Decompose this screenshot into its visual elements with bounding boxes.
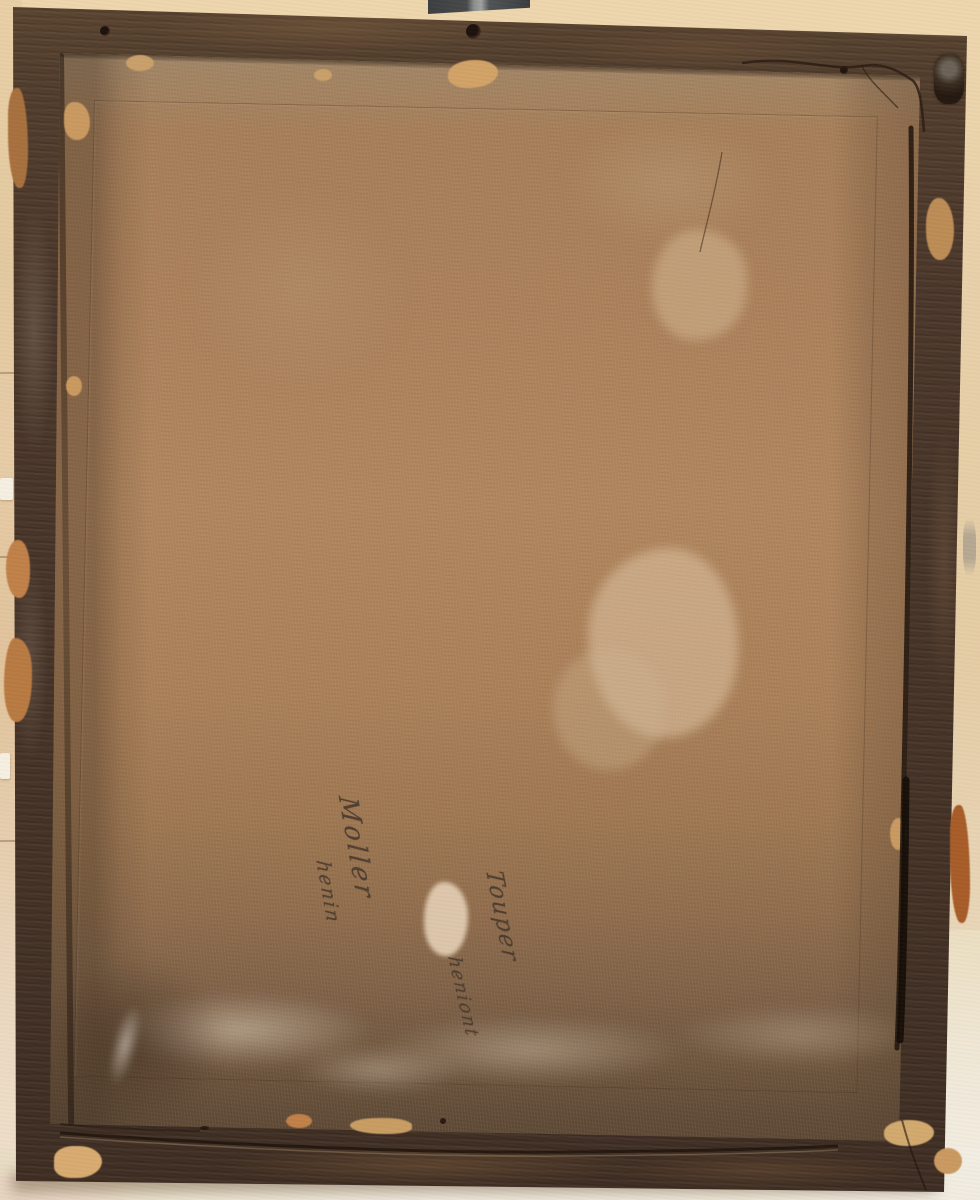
tear-branch-crack bbox=[862, 66, 898, 108]
top-right-tear-crack bbox=[742, 61, 924, 132]
crack-lines bbox=[0, 0, 980, 1200]
bottom-crack bbox=[60, 1133, 838, 1152]
scratch-line bbox=[700, 152, 722, 252]
bottom-left-crack bbox=[60, 1124, 200, 1131]
corner-crack bbox=[902, 1120, 926, 1190]
photo-frame-back-scene: Moller henin Touper heniont bbox=[0, 0, 980, 1200]
